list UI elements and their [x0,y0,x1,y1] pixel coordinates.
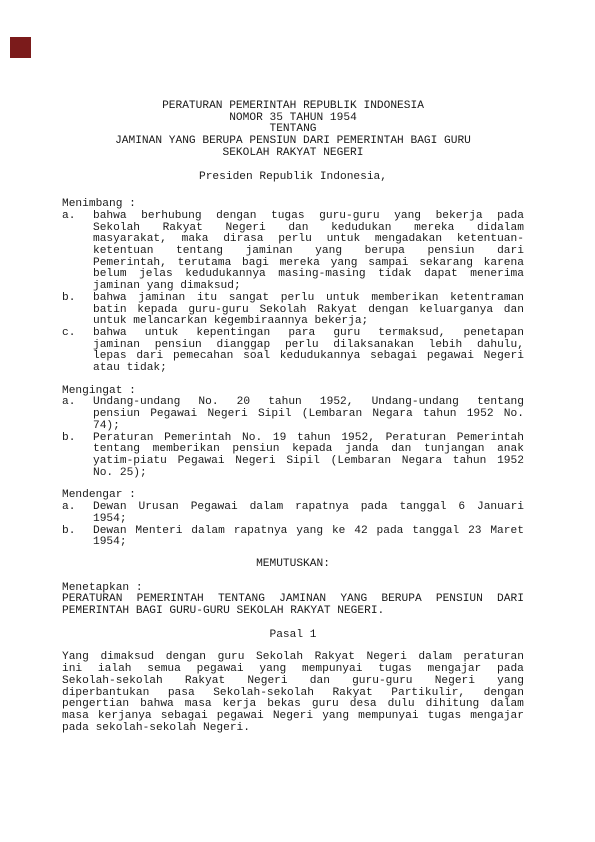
text-line: Sekolah-sekolahRakyatNegeridanguru-guruN… [62,676,524,688]
text-line: masakerjanyasebagaipegawaiNegeriyangmemp… [62,711,524,723]
text-line: yatim-piatuPegawaiNegeriSipil(LembaranNe… [93,456,524,468]
text-line: DewanUrusanPegawaidalamrapatnyapadatangg… [93,502,524,514]
text-line: PEMERINTAH BAGI GURU-GURU SEKOLAH RAKYAT… [62,606,524,618]
salutation: Presiden Republik Indonesia, [62,172,524,184]
text-line: atau tidak; [93,363,524,375]
corner-mark [10,37,31,58]
item-letter: b. [62,433,75,445]
enacting-block: Menetapkan : PERATURANPEMERINTAHTENTANGJ… [62,583,524,618]
item-letter: c. [62,328,75,340]
list-item: a. Undang-undangNo.20tahun1952,Undang-un… [62,397,524,432]
list-item: a. DewanUrusanPegawaidalamrapatnyapadata… [62,502,524,525]
article-heading: Pasal 1 [62,630,524,642]
list-item: a. bahwaberhubungdengantugasguru-guruyan… [62,211,524,293]
text-line: pada sekolah-sekolah Negeri. [62,723,524,735]
item-text: bahwaberhubungdengantugasguru-guruyangbe… [93,211,524,293]
item-letter: b. [62,293,75,305]
text-line: DewanMenteridalamrapatnyayangke42padatan… [93,526,524,538]
text-line: 1954; [93,537,524,549]
list-item: b. bahwajaminanitusangatperluuntukmember… [62,293,524,328]
item-text: bahwajaminanitusangatperluuntukmemberika… [93,293,524,328]
text-line: bahwaberhubungdengantugasguru-guruyangbe… [93,211,524,223]
document-content: PERATURAN PEMERINTAH REPUBLIK INDONESIA … [62,101,524,734]
item-letter: b. [62,526,75,538]
text-line: ketentuantentangjaminanyangberupapensiun… [93,246,524,258]
document-title: PERATURAN PEMERINTAH REPUBLIK INDONESIA … [62,101,524,160]
item-text: DewanMenteridalamrapatnyayangke42padatan… [93,526,524,549]
item-text: DewanUrusanPegawaidalamrapatnyapadatangg… [93,502,524,525]
item-text: Undang-undangNo.20tahun1952,Undang-undan… [93,397,524,432]
item-letter: a. [62,211,75,223]
item-text: PeraturanPemerintahNo.19tahun1952,Peratu… [93,433,524,480]
text-line: 1954; [93,514,524,526]
item-letter: a. [62,502,75,514]
text-line: 74); [93,421,524,433]
title-line: SEKOLAH RAKYAT NEGERI [62,148,524,160]
decision-word: MEMUTUSKAN: [62,559,524,571]
list-item: b. DewanMenteridalamrapatnyayangke42pada… [62,526,524,549]
list-item: b. PeraturanPemerintahNo.19tahun1952,Per… [62,433,524,480]
enacting-text: PERATURANPEMERINTAHTENTANGJAMINANYANGBER… [62,594,524,617]
text-line: bahwajaminanitusangatperluuntukmemberika… [93,293,524,305]
text-line: bahwauntukkepentinganparagurutermaksud,p… [93,328,524,340]
text-line: pensiunPegawaiNegeriSipil(LembaranNegara… [93,409,524,421]
document-page: PERATURAN PEMERINTAH REPUBLIK INDONESIA … [0,0,595,842]
list-item: c. bahwauntukkepentinganparagurutermaksu… [62,328,524,375]
section-heading-mendengar: Mendengar : [62,490,524,502]
item-text: bahwauntukkepentinganparagurutermaksud,p… [93,328,524,375]
article-text: YangdimaksuddenganguruSekolahRakyatNeger… [62,652,524,734]
title-line: PERATURAN PEMERINTAH REPUBLIK INDONESIA [62,101,524,113]
item-letter: a. [62,397,75,409]
text-line: No. 25); [93,468,524,480]
